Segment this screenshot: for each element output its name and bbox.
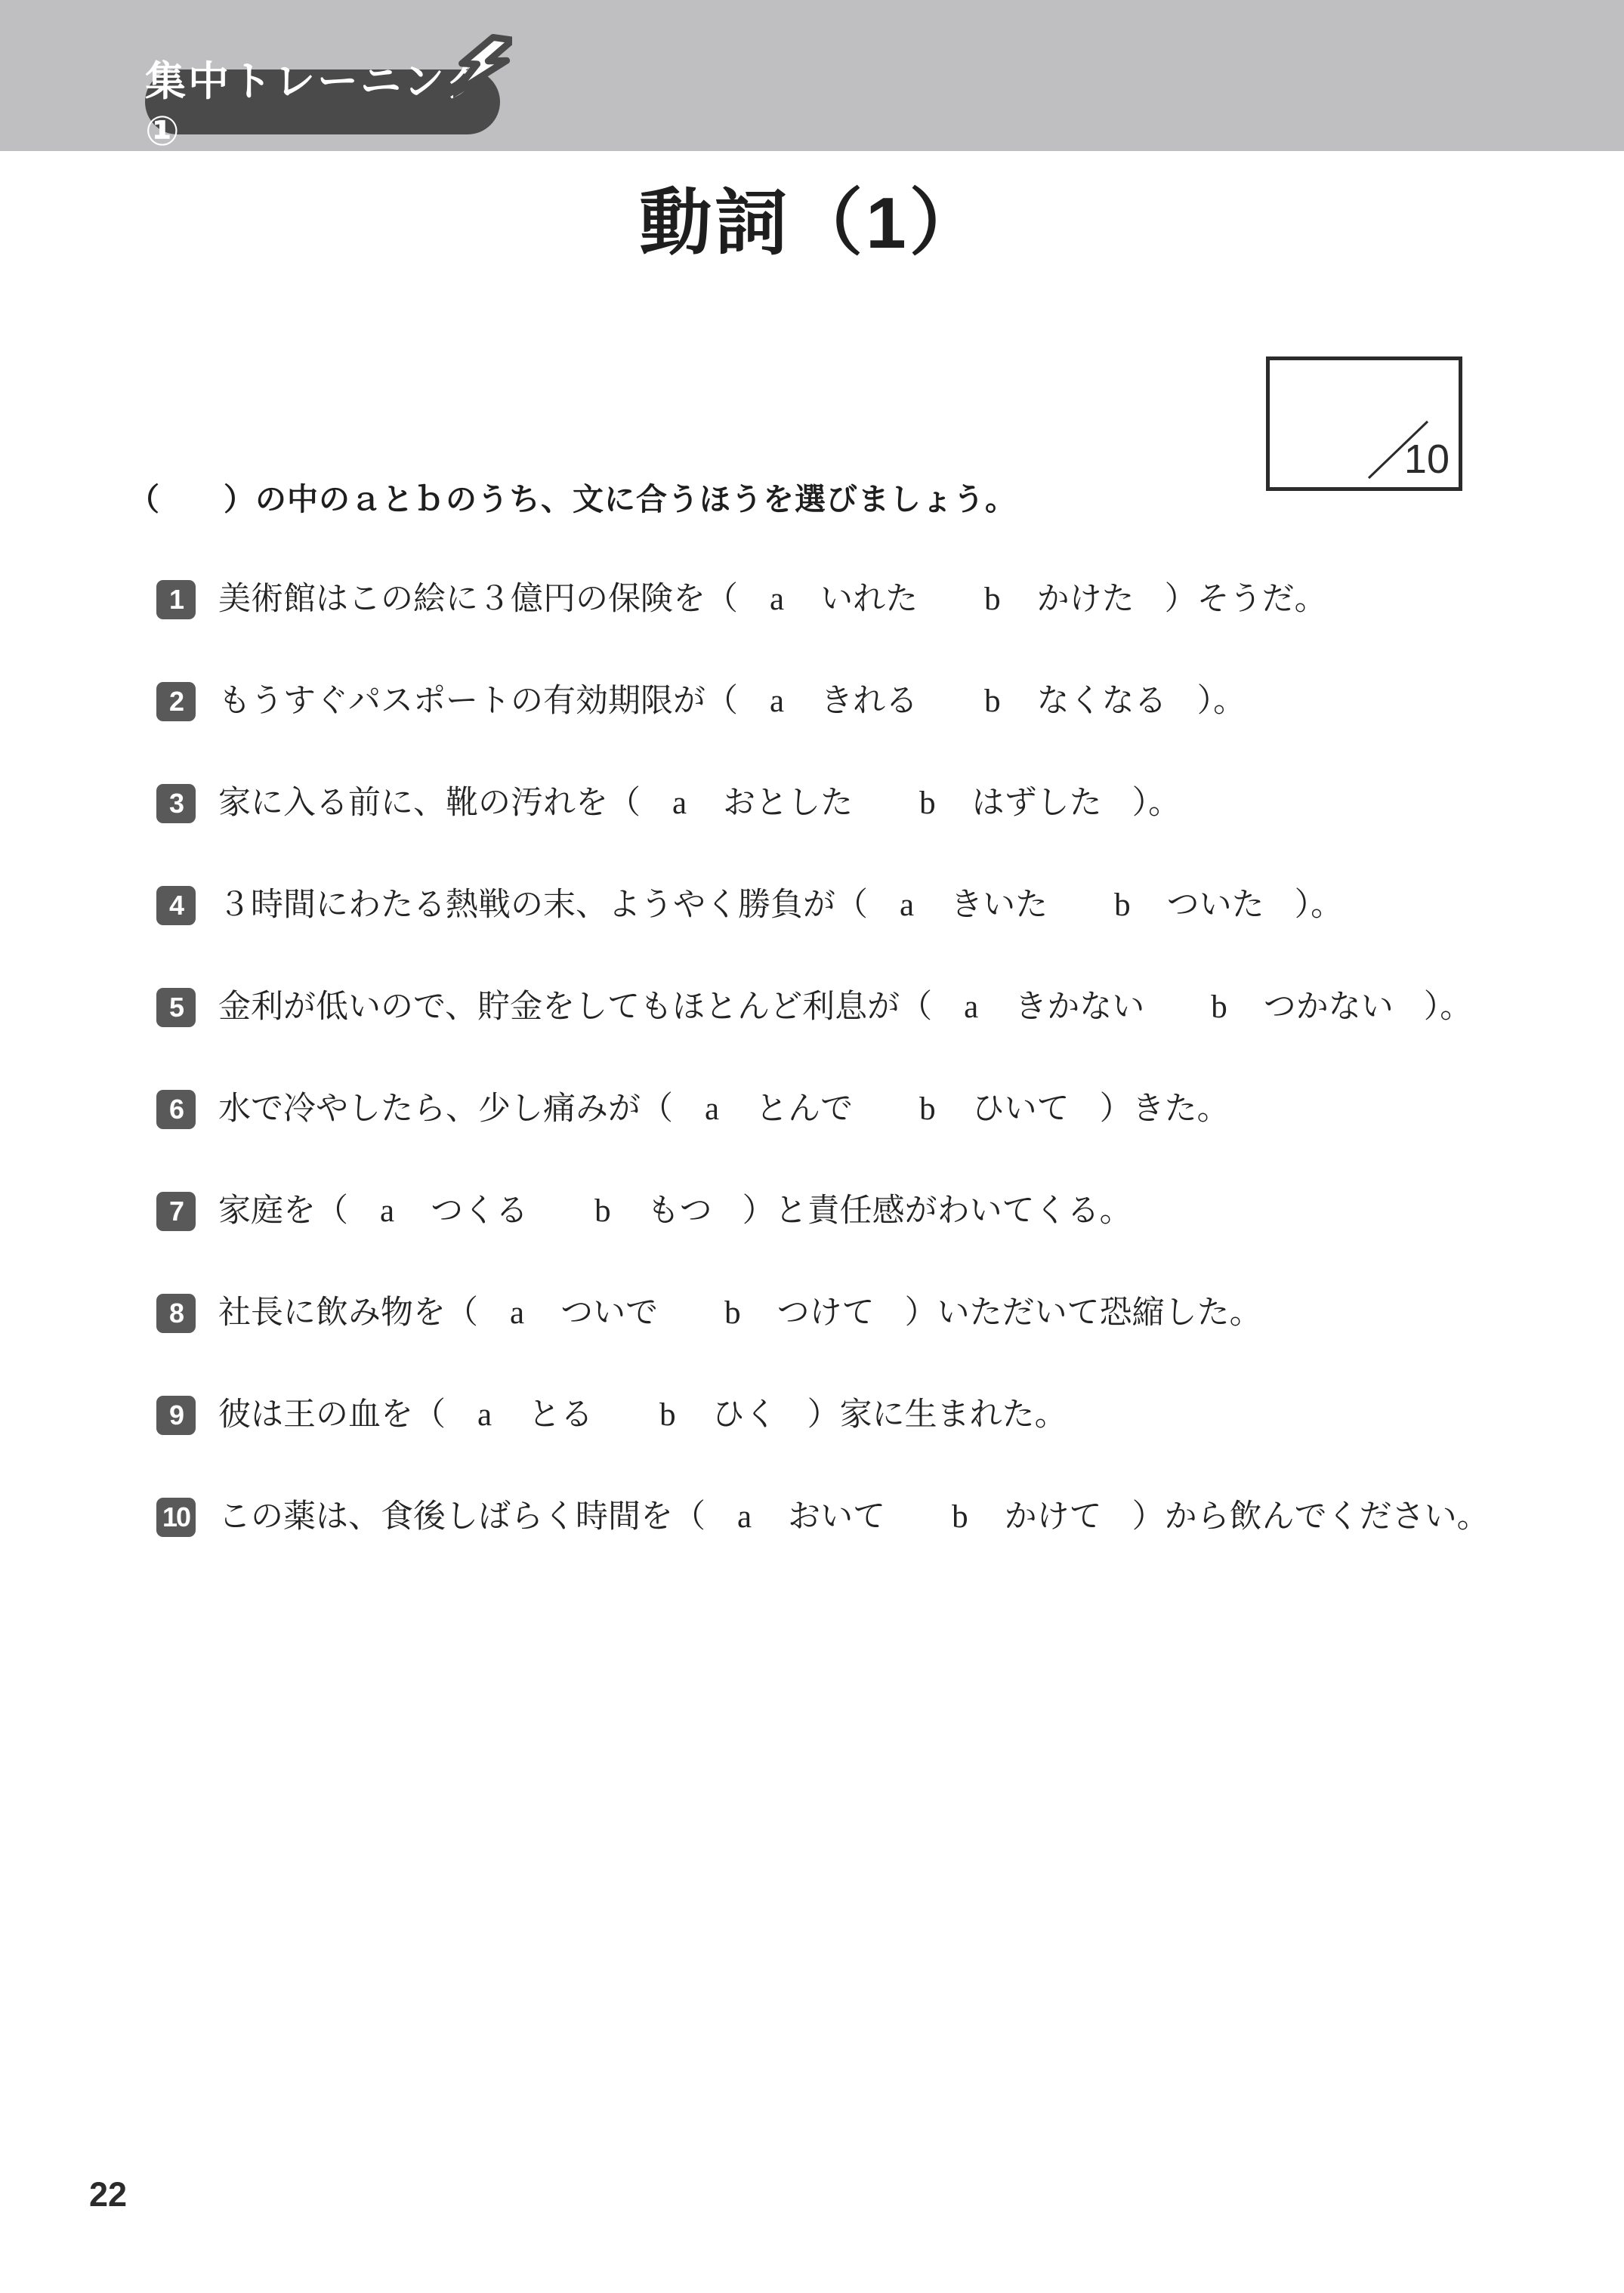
- question-number-badge: 3: [156, 784, 196, 823]
- question-text: 金利が低いので、貯金をしてもほとんど利息が（aきかないbつかない）。: [218, 986, 1472, 1029]
- paren-open: （: [608, 785, 641, 821]
- paren-close: ）: [1100, 1091, 1132, 1127]
- paren-close: ）: [1132, 785, 1149, 821]
- option-a-label: a: [380, 1193, 394, 1229]
- paren-close: ）: [1197, 684, 1214, 719]
- question-post-text: いただいて恐縮した。: [937, 1295, 1262, 1331]
- question-number-badge: 10: [156, 1498, 196, 1537]
- paren-close: ）: [1424, 989, 1440, 1025]
- score-box: 10: [1266, 356, 1462, 491]
- question-number-badge: 2: [156, 682, 196, 721]
- question-post-text: 。: [1213, 684, 1246, 719]
- paren-open: （: [316, 1193, 348, 1229]
- question-number-badge: 4: [156, 886, 196, 925]
- page-title: 動詞（1）: [0, 187, 1624, 260]
- question-pre-text: ３時間にわたる熱戦の末、ようやく勝負が: [218, 887, 835, 923]
- question-list: 1 美術館はこの絵に３億円の保険を（aいれたbかけた）そうだ。 2 もうすぐパス…: [156, 579, 1546, 1598]
- question-post-text: 。: [1440, 989, 1472, 1025]
- option-b-label: b: [919, 785, 936, 821]
- option-a-text: おとした: [723, 785, 853, 821]
- option-a-text: おいて: [788, 1499, 885, 1535]
- option-a-text: とんで: [755, 1091, 853, 1127]
- option-a-label: a: [705, 1091, 719, 1127]
- option-a-label: a: [477, 1397, 492, 1433]
- question-number-badge: 9: [156, 1396, 196, 1435]
- option-a-label: a: [770, 582, 784, 617]
- option-a-label: a: [510, 1295, 524, 1331]
- question-pre-text: この薬は、食後しばらく時間を: [218, 1499, 673, 1535]
- option-b-label: b: [1114, 887, 1131, 923]
- question-post-text: 家に生まれた。: [840, 1397, 1067, 1433]
- option-a-label: a: [737, 1499, 752, 1535]
- option-a-text: いれた: [820, 582, 918, 617]
- question-number-badge: 7: [156, 1192, 196, 1231]
- option-b-label: b: [724, 1295, 741, 1331]
- option-b-text: かけた: [1037, 582, 1135, 617]
- question-pre-text: 家庭を: [218, 1193, 316, 1229]
- worksheet-page: 集中トレーニング ① 動詞（1） 10 （ ）の中のａとｂのうち、文に合うほうを…: [0, 0, 1624, 2293]
- option-b-text: はずした: [972, 785, 1102, 821]
- option-b-text: ひく: [712, 1397, 777, 1433]
- question-row: 10 この薬は、食後しばらく時間を（aおいてbかけて）から飲んでください。: [156, 1496, 1546, 1598]
- paren-open: （: [446, 1295, 478, 1331]
- option-a-text: とる: [528, 1397, 593, 1433]
- section-badge: 集中トレーニング ①: [145, 69, 500, 134]
- score-total: 10: [1404, 439, 1450, 480]
- option-b-text: なくなる: [1037, 684, 1167, 719]
- question-post-text: 。: [1311, 887, 1343, 923]
- paren-close: ）: [905, 1295, 937, 1331]
- question-row: 6 水で冷やしたら、少し痛みが（aとんでbひいて）きた。: [156, 1088, 1546, 1190]
- question-text: 彼は王の血を（aとるbひく）家に生まれた。: [218, 1394, 1067, 1437]
- option-b-label: b: [952, 1499, 968, 1535]
- option-b-text: ひいて: [972, 1091, 1070, 1127]
- question-pre-text: 家に入る前に、靴の汚れを: [218, 785, 608, 821]
- option-b-text: ついた: [1167, 887, 1264, 923]
- question-text: 美術館はこの絵に３億円の保険を（aいれたbかけた）そうだ。: [218, 579, 1327, 621]
- option-b-text: つけて: [777, 1295, 875, 1331]
- question-row: 3 家に入る前に、靴の汚れを（aおとしたbはずした）。: [156, 782, 1546, 884]
- question-row: 8 社長に飲み物を（aついでbつけて）いただいて恐縮した。: [156, 1292, 1546, 1394]
- paren-open: （: [673, 1499, 705, 1535]
- option-b-label: b: [919, 1091, 936, 1127]
- paren-open: （: [835, 887, 868, 923]
- question-number-badge: 1: [156, 580, 196, 619]
- option-a-text: きいた: [950, 887, 1048, 923]
- option-a-text: きかない: [1014, 989, 1144, 1025]
- paren-close: ）: [743, 1193, 775, 1229]
- option-b-text: かけて: [1005, 1499, 1102, 1535]
- paren-close: ）: [807, 1397, 840, 1433]
- question-row: 5 金利が低いので、貯金をしてもほとんど利息が（aきかないbつかない）。: [156, 986, 1546, 1088]
- paren-open: （: [641, 1091, 673, 1127]
- option-b-label: b: [1211, 989, 1227, 1025]
- option-a-text: つくる: [431, 1193, 528, 1229]
- lightning-bolt-icon: [453, 33, 512, 113]
- question-text: ３時間にわたる熱戦の末、ようやく勝負が（aきいたbついた）。: [218, 884, 1343, 927]
- question-row: 1 美術館はこの絵に３億円の保険を（aいれたbかけた）そうだ。: [156, 579, 1546, 680]
- section-badge-label: 集中トレーニング ①: [145, 49, 500, 155]
- paren-open: （: [413, 1397, 446, 1433]
- option-a-label: a: [964, 989, 978, 1025]
- option-b-text: もつ: [647, 1193, 712, 1229]
- option-b-label: b: [659, 1397, 676, 1433]
- question-pre-text: 水で冷やしたら、少し痛みが: [218, 1091, 641, 1127]
- option-a-label: a: [672, 785, 687, 821]
- question-post-text: きた。: [1132, 1091, 1230, 1127]
- instruction-text: （ ）の中のａとｂのうち、文に合うほうを選びましょう。: [128, 474, 1017, 519]
- question-pre-text: もうすぐパスポートの有効期限が: [218, 684, 705, 719]
- question-text: 社長に飲み物を（aついでbつけて）いただいて恐縮した。: [218, 1292, 1262, 1335]
- question-pre-text: 金利が低いので、貯金をしてもほとんど利息が: [218, 989, 900, 1025]
- question-post-text: 。: [1148, 785, 1181, 821]
- question-pre-text: 彼は王の血を: [218, 1397, 413, 1433]
- option-a-label: a: [770, 684, 784, 719]
- question-post-text: そうだ。: [1197, 582, 1327, 617]
- question-text: 水で冷やしたら、少し痛みが（aとんでbひいて）きた。: [218, 1088, 1230, 1131]
- option-b-label: b: [594, 1193, 611, 1229]
- question-post-text: から飲んでください。: [1165, 1499, 1490, 1535]
- question-row: 7 家庭を（aつくるbもつ）と責任感がわいてくる。: [156, 1190, 1546, 1292]
- paren-close: ）: [1295, 887, 1311, 923]
- question-pre-text: 社長に飲み物を: [218, 1295, 446, 1331]
- question-number-badge: 6: [156, 1090, 196, 1129]
- question-row: 2 もうすぐパスポートの有効期限が（aきれるbなくなる）。: [156, 680, 1546, 782]
- paren-close: ）: [1132, 1499, 1165, 1535]
- paren-open: （: [900, 989, 932, 1025]
- question-text: 家庭を（aつくるbもつ）と責任感がわいてくる。: [218, 1190, 1132, 1233]
- option-a-text: きれる: [820, 684, 918, 719]
- question-text: 家に入る前に、靴の汚れを（aおとしたbはずした）。: [218, 782, 1181, 825]
- option-b-text: つかない: [1264, 989, 1394, 1025]
- question-post-text: と責任感がわいてくる。: [775, 1193, 1132, 1229]
- question-row: 9 彼は王の血を（aとるbひく）家に生まれた。: [156, 1394, 1546, 1496]
- option-b-label: b: [984, 582, 1001, 617]
- question-pre-text: 美術館はこの絵に３億円の保険を: [218, 582, 705, 617]
- option-a-label: a: [900, 887, 914, 923]
- question-text: もうすぐパスポートの有効期限が（aきれるbなくなる）。: [218, 680, 1246, 723]
- option-b-label: b: [984, 684, 1001, 719]
- paren-open: （: [705, 684, 738, 719]
- page-number: 22: [89, 2175, 127, 2214]
- option-a-text: ついで: [560, 1295, 658, 1331]
- question-row: 4 ３時間にわたる熱戦の末、ようやく勝負が（aきいたbついた）。: [156, 884, 1546, 986]
- question-number-badge: 8: [156, 1294, 196, 1333]
- paren-open: （: [705, 582, 738, 617]
- question-number-badge: 5: [156, 988, 196, 1027]
- paren-close: ）: [1165, 582, 1197, 617]
- question-text: この薬は、食後しばらく時間を（aおいてbかけて）から飲んでください。: [218, 1496, 1490, 1538]
